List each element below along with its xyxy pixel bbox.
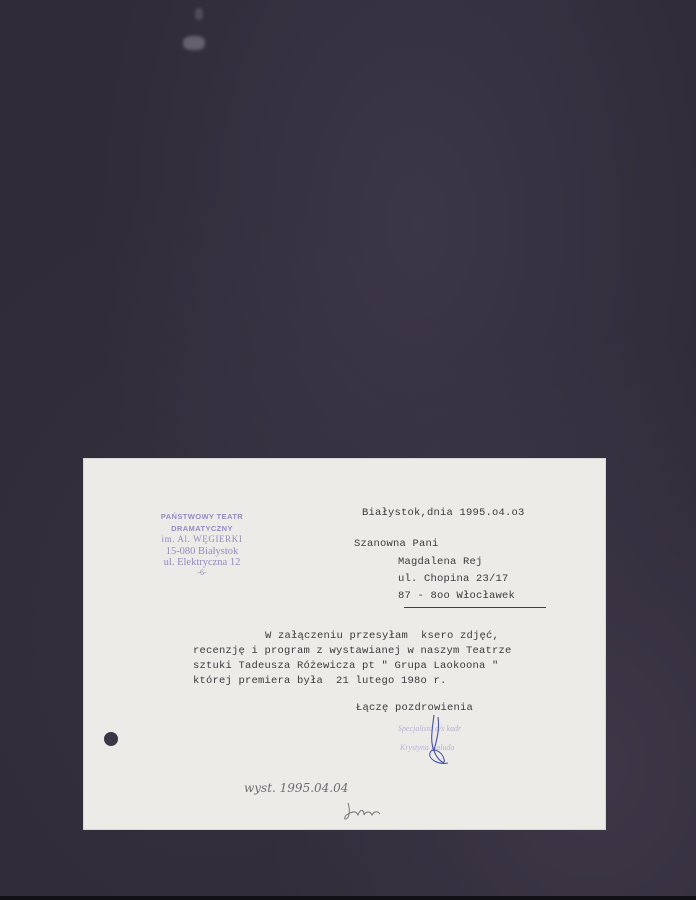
stamp-line-5: -6- [132, 569, 272, 577]
scan-edge [0, 896, 696, 900]
recipient-salutation: Szanowna Pani [354, 538, 439, 550]
stamp-line-2: im. Al. WĘGIERKI [132, 534, 272, 546]
address-underline [404, 607, 546, 609]
stamp-line-3: 15-080 Białystok [132, 546, 272, 558]
background-scuff [195, 8, 203, 20]
body-line-4: której premiera była 21 lutego 198o r. [193, 675, 447, 687]
signature [424, 711, 464, 771]
stamp-line-1: PAŃSTWOWY TEATR DRAMATYCZNY [132, 511, 272, 534]
dateline: Białystok,dnia 1995.o4.o3 [362, 507, 525, 519]
body-line-1: W załączeniu przesyłam ksero zdjęć, [265, 630, 499, 642]
letter-page: PAŃSTWOWY TEATR DRAMATYCZNY im. Al. WĘGI… [84, 459, 605, 829]
background-scuff [183, 36, 205, 50]
stamp-line-4: ul. Elektryczna 12 [132, 557, 272, 569]
handwritten-initials [342, 799, 384, 823]
recipient-name: Magdalena Rej [398, 556, 483, 568]
handwritten-note: wyst. 1995.04.04 [244, 781, 348, 795]
punch-hole [104, 732, 118, 746]
letterhead-stamp: PAŃSTWOWY TEATR DRAMATYCZNY im. Al. WĘGI… [132, 511, 272, 577]
body-line-2: recenzję i program z wystawianej w naszy… [193, 645, 512, 657]
recipient-city: 87 - 8oo Włocławek [398, 590, 515, 602]
body-line-3: sztuki Tadeusza Różewicza pt " Grupa Lao… [193, 660, 499, 672]
recipient-street: ul. Chopina 23/17 [398, 573, 509, 585]
